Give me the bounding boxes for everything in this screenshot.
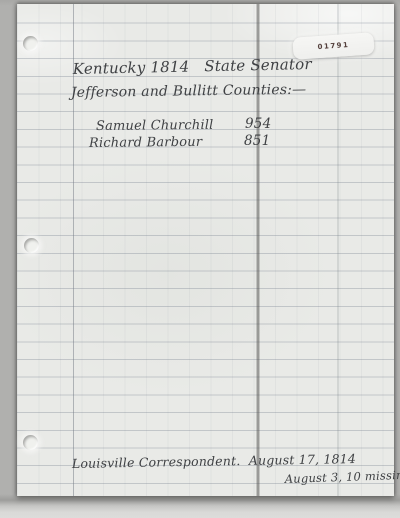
title-line: Kentucky 1814 State Senator	[73, 57, 312, 77]
counties-line: Jefferson and Bullitt Counties:—	[71, 83, 307, 100]
candidate-name-1: Samuel Churchill	[96, 119, 214, 133]
vertical-crease-line	[256, 4, 260, 496]
vote-count-1: 954	[245, 118, 271, 132]
source-citation-line: Louisville Correspondent. August 17, 181…	[72, 453, 356, 470]
punch-hole-top	[23, 36, 38, 51]
vote-count-2: 851	[244, 135, 270, 149]
candidate-name-2: Richard Barbour	[89, 136, 202, 150]
punch-hole-middle	[24, 238, 39, 253]
notebook-page: 01791 Kentucky 1814 State Senator Jeffer…	[17, 4, 394, 496]
catalog-number: 01791	[317, 41, 349, 51]
punch-hole-bottom	[23, 435, 38, 450]
scanned-document-view: 01791 Kentucky 1814 State Senator Jeffer…	[0, 0, 400, 518]
faint-vertical-line	[337, 4, 339, 496]
missing-issues-note: August 3, 10 missing.	[285, 469, 400, 485]
